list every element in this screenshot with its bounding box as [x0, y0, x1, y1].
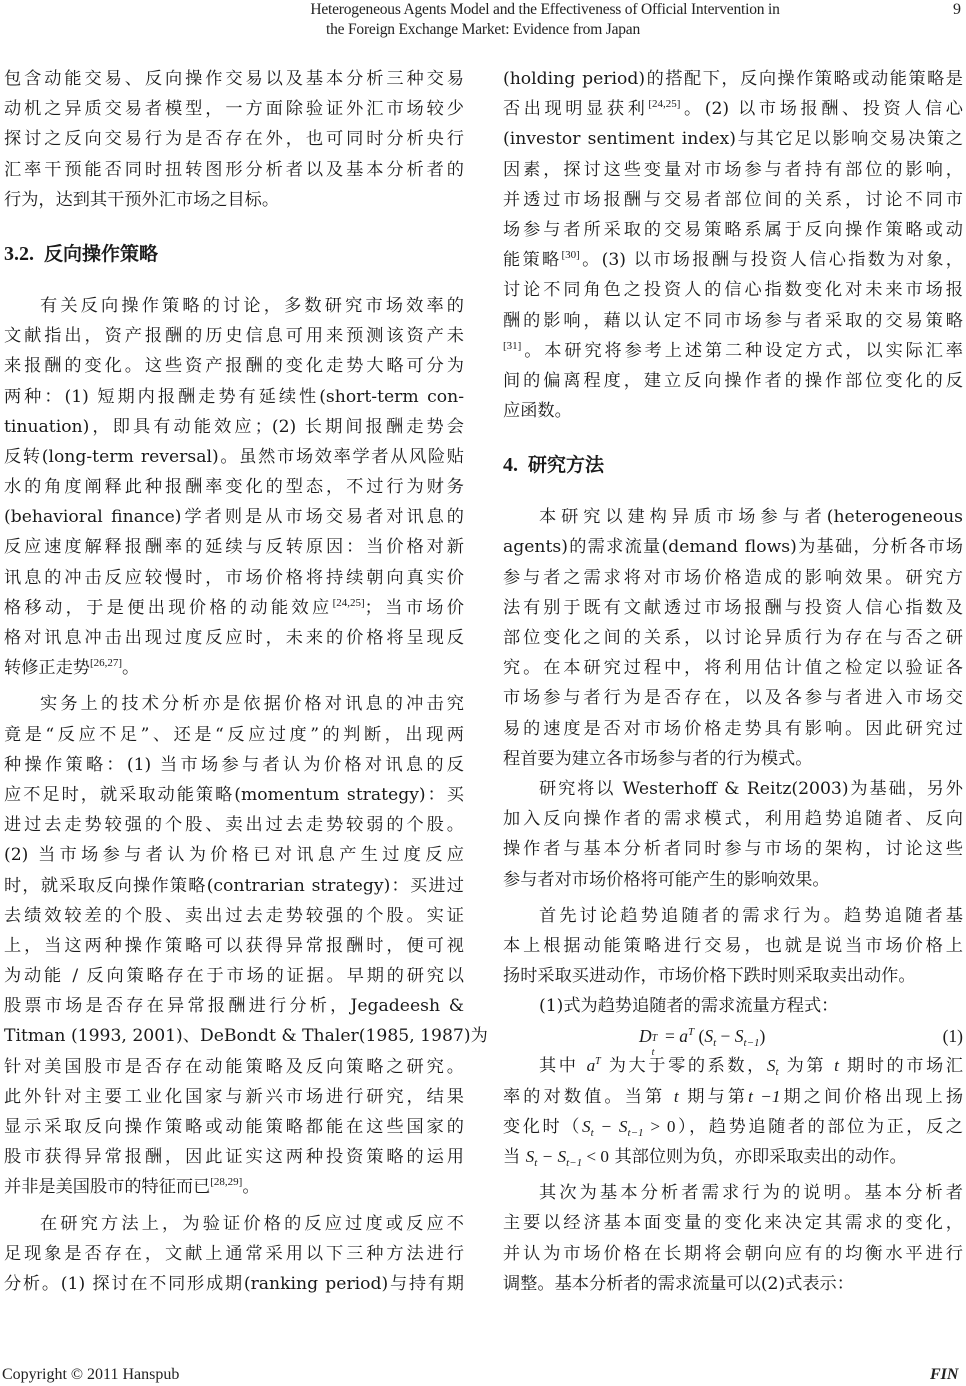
text-line: 反应速度解释报酬率的延续与反转原因：当价格对新 — [4, 532, 464, 562]
text-line: 间的偏离程度，建立反向操作者的操作部位变化的反 — [503, 366, 963, 396]
header-title-line2: the Foreign Exchange Market: Evidence fr… — [0, 20, 966, 40]
paragraph-methods-intro: 在研究方法上，为验证价格的反应过度或反应不 足现象是否存在，文献上通常采用以下三… — [4, 1209, 464, 1300]
paragraph-research-method: 本研究以建构异质市场参与者(heterogeneous agents)的需求流量… — [503, 502, 963, 774]
text-line: 法有别于既有文献透过市场报酬与投资人信心指数及 — [503, 593, 963, 623]
text-line: 市场参与者行为是否存在，以及各参与者进入市场交 — [503, 683, 963, 713]
text-line: 上，当这两种操作策略可以获得异常报酬时，便可视 — [4, 931, 464, 961]
text-line: 水的角度阐释此种报酬率变化的型态，不过行为财务 — [4, 472, 464, 502]
text-line: 当 St − St−1 < 0 其部位则为负，亦即采取卖出的动作。 — [503, 1142, 963, 1172]
footer-copyright: Copyright © 2011 Hanspub — [2, 1366, 179, 1384]
text-line: 去绩效较差的个股、卖出过去走势较强的个股。实证 — [4, 901, 464, 931]
citation-ref[interactable]: [24,25] — [333, 597, 365, 609]
text-segment: 。(3) 以市场报酬与投资人信心指数为对象， — [580, 250, 963, 270]
section-heading-4: 4.研究方法 — [503, 450, 963, 480]
text-line: 转修正走势[26,27]。 — [4, 653, 464, 683]
text-line: 时，就采取反向操作策略(contrarian strategy)：买进过 — [4, 871, 464, 901]
section-title: 反向操作策略 — [44, 243, 158, 265]
intro-paragraph: 包含动能交易、反向操作交易以及基本分析三种交易 动机之异质交易者模型，一方面除验… — [4, 64, 464, 215]
paragraph-contrarian-2: 实务上的技术分析亦是依据价格对讯息的冲击究 竟是“反应不足”、还是“反应过度”的… — [4, 689, 464, 1202]
text-line: 在研究方法上，为验证价格的反应过度或反应不 — [4, 1209, 464, 1239]
text-line: (investor sentiment index)与其它足以影响交易决策之 — [503, 124, 963, 154]
text-line: 调整。基本分析者的需求流量可以(2)式表示： — [503, 1269, 963, 1299]
text-line: agents)的需求流量(demand flows)为基础，分析各市场 — [503, 532, 963, 562]
text-line: 究。在本研究过程中，将利用估计值之检定以验证各 — [503, 653, 963, 683]
text-line: 行为，达到其干预外汇市场之目标。 — [4, 185, 464, 215]
text-line: 分析。(1) 探讨在不同形成期(ranking period)与持有期 — [4, 1269, 464, 1299]
text-line: 研究将以 Westerhoff & Reitz(2003)为基础，另外 — [503, 774, 963, 804]
text-line: 格对讯息冲击出现过度反应时，未来的价格将呈现反 — [4, 623, 464, 653]
equation-expression: DTt = aT (St − St−1) — [639, 1021, 765, 1051]
text-line: 扬时采取买进动作，市场价格下跌时则采取卖出动作。 — [503, 961, 963, 991]
section-number: 4. — [503, 454, 518, 476]
right-column: (holding period)的搭配下，反向操作策略或动能策略是 否出现明显获… — [503, 64, 963, 1299]
text-segment: 能策略 — [503, 250, 562, 270]
text-line: 否出现明显获利[24,25]。(2) 以市场报酬、投资人信心 — [503, 94, 963, 124]
text-line: 竟是“反应不足”、还是“反应过度”的判断，出现两 — [4, 720, 464, 750]
text-line: 程首要为建立各市场参与者的行为模式。 — [503, 744, 963, 774]
text-line: 本上根据动能策略进行交易，也就是说当市场价格上 — [503, 931, 963, 961]
text-line: 能策略[30]。(3) 以市场报酬与投资人信心指数为对象， — [503, 245, 963, 275]
text-line: Titman (1993, 2001)、DeBondt & Thaler(198… — [4, 1021, 464, 1051]
text-line: 反转(long-term reversal)。虽然市场效率学者从风险贴 — [4, 442, 464, 472]
text-line: 文献指出，资产报酬的历史信息可用来预测该资产未 — [4, 321, 464, 351]
text-line: 汇率干预能否同时扭转图形分析者以及基本分析者的 — [4, 155, 464, 185]
text-line: 主要以经济基本面变量的变化来决定其需求的变化， — [503, 1208, 963, 1238]
text-segment: 否出现明显获利 — [503, 99, 648, 119]
text-line: 酬的影响，藉以认定不同市场参与者采取的交易策略 — [503, 306, 963, 336]
paragraph-westerhoff: 研究将以 Westerhoff & Reitz(2003)为基础，另外 加入反向… — [503, 774, 963, 895]
text-line: 并非是美国股市的特征而已[28,29]。 — [4, 1172, 464, 1202]
text-segment: 转修正走势 — [4, 658, 90, 678]
text-line: 首先讨论趋势追随者的需求行为。趋势追随者基 — [503, 901, 963, 931]
text-line: 足现象是否存在，文献上通常采用以下三种方法进行 — [4, 1239, 464, 1269]
text-line: 包含动能交易、反向操作交易以及基本分析三种交易 — [4, 64, 464, 94]
text-segment: ；当市场价 — [365, 598, 464, 618]
text-line: 场参与者所采取的交易策略系属于反向操作策略或动 — [503, 215, 963, 245]
section-heading-3-2: 3.2.反向操作策略 — [4, 239, 464, 269]
text-segment: 。(2) 以市场报酬、投资人信心 — [680, 99, 963, 119]
text-line: 为动能 / 反向策略存在于市场的证据。早期的研究以 — [4, 961, 464, 991]
text-line: 针对美国股市是否存在动能策略及反向策略之研究。 — [4, 1052, 464, 1082]
text-line: (2) 当市场参与者认为价格已对讯息产生过度反应 — [4, 840, 464, 870]
text-line: 实务上的技术分析亦是依据价格对讯息的冲击究 — [4, 689, 464, 719]
running-header: Heterogeneous Agents Model and the Effec… — [0, 0, 966, 44]
text-line: 此外针对主要工业化国家与新兴市场进行研究，结果 — [4, 1082, 464, 1112]
citation-ref[interactable]: [31] — [503, 340, 521, 352]
equation-1: DTt = aT (St − St−1) (1) — [503, 1021, 963, 1051]
text-line: 种操作策略：(1) 当市场参与者认为价格对讯息的反 — [4, 750, 464, 780]
text-line: 格移动，于是便出现价格的动能效应[24,25]；当市场价 — [4, 593, 464, 623]
text-line: 应函数。 — [503, 396, 963, 426]
text-line: 讨论不同角色之投资人的信心指数变化对未来市场报 — [503, 275, 963, 305]
text-line: (behavioral finance)学者则是从市场交易者对讯息的 — [4, 502, 464, 532]
header-title-line1: Heterogeneous Agents Model and the Effec… — [0, 0, 966, 20]
text-line: 来报酬的变化。这些资产报酬的变化走势大略可分为 — [4, 351, 464, 381]
paragraph-fundamentalists: 其次为基本分析者需求行为的说明。基本分析者 主要以经济基本面变量的变化来决定其需… — [503, 1178, 963, 1299]
paragraph-trend-explanation: 其中 aT 为大于零的系数，St 为第 t 期时的市场汇 率的对数值。当第 t … — [503, 1051, 963, 1172]
paragraph-trend-followers: 首先讨论趋势追随者的需求行为。趋势追随者基 本上根据动能策略进行交易，也就是说当… — [503, 901, 963, 992]
text-segment: 。本研究将参考上述第二种设定方式，以实际汇率 — [521, 341, 963, 361]
text-line: [31]。本研究将参考上述第二种设定方式，以实际汇率 — [503, 336, 963, 366]
text-segment: 格移动，于是便出现价格的动能效应 — [4, 598, 333, 618]
text-line: 股市获得异常报酬，因此证实这两种投资策略的运用 — [4, 1142, 464, 1172]
text-line: 有关反向操作策略的讨论，多数研究市场效率的 — [4, 291, 464, 321]
text-line: 讯息的冲击反应较慢时，市场价格将持续朝向真实价 — [4, 563, 464, 593]
text-line: 两种：(1) 短期内报酬走势有延续性(short-term con- — [4, 382, 464, 412]
text-line: 并认为市场价格在长期将会朝向应有的均衡水平进行 — [503, 1239, 963, 1269]
section-title: 研究方法 — [528, 454, 604, 476]
text-line: (holding period)的搭配下，反向操作策略或动能策略是 — [503, 64, 963, 94]
citation-ref[interactable]: [30] — [562, 249, 580, 261]
text-line: 部位变化之间的关系，以讨论异质行为存在与否之研 — [503, 623, 963, 653]
text-line: 应不足时，就采取动能策略(momentum strategy)：买 — [4, 780, 464, 810]
text-line: 进过去走势较强的个股、卖出过去走势较弱的个股。 — [4, 810, 464, 840]
text-line: 变化时（St − St−1 > 0），趋势追随者的部位为正，反之 — [503, 1112, 963, 1142]
text-line: 并透过市场报酬与交易者部位间的关系，讨论不同市 — [503, 185, 963, 215]
text-line: 操作者与基本分析者同时参与市场的架构，讨论这些 — [503, 834, 963, 864]
paragraph-equation-intro: (1)式为趋势追随者的需求流量方程式： — [503, 991, 963, 1021]
citation-ref[interactable]: [28,29] — [210, 1176, 242, 1188]
text-line: 率的对数值。当第 t 期与第t −1期之间价格出现上扬 — [503, 1082, 963, 1112]
citation-ref[interactable]: [26,27] — [90, 657, 122, 669]
text-segment: 并非是美国股市的特征而已 — [4, 1177, 210, 1197]
text-segment: 。 — [122, 658, 139, 678]
text-line: 其次为基本分析者需求行为的说明。基本分析者 — [503, 1178, 963, 1208]
text-line: 因素，探讨这些变量对市场参与者持有部位的影响， — [503, 155, 963, 185]
section-number: 3.2. — [4, 243, 34, 265]
text-line: 股票市场是否存在异常报酬进行分析，Jegadeesh & — [4, 991, 464, 1021]
paragraph-contrarian-1: 有关反向操作策略的讨论，多数研究市场效率的 文献指出，资产报酬的历史信息可用来预… — [4, 291, 464, 683]
text-line: 加入反向操作者的需求模式，利用趋势追随者、反向 — [503, 804, 963, 834]
text-line: (1)式为趋势追随者的需求流量方程式： — [503, 991, 963, 1021]
text-segment: 。 — [242, 1177, 259, 1197]
text-line: tinuation)，即具有动能效应；(2) 长期间报酬走势会 — [4, 412, 464, 442]
text-line: 动机之异质交易者模型，一方面除验证外汇市场较少 — [4, 94, 464, 124]
text-line: 探讨之反向交易行为是否存在外，也可同时分析央行 — [4, 124, 464, 154]
text-line: 显示采取反向操作策略或动能策略都能在这些国家的 — [4, 1112, 464, 1142]
left-column: 包含动能交易、反向操作交易以及基本分析三种交易 动机之异质交易者模型，一方面除验… — [4, 64, 464, 1299]
equation-number: (1) — [943, 1021, 963, 1051]
text-line: 其中 aT 为大于零的系数，St 为第 t 期时的市场汇 — [503, 1051, 963, 1081]
text-line: 参与者之需求将对市场价格造成的影响效果。研究方 — [503, 563, 963, 593]
paragraph-methods-continued: (holding period)的搭配下，反向操作策略或动能策略是 否出现明显获… — [503, 64, 963, 426]
footer-journal: FIN — [930, 1366, 958, 1384]
citation-ref[interactable]: [24,25] — [648, 98, 680, 110]
text-line: 参与者对市场价格将可能产生的影响效果。 — [503, 865, 963, 895]
page-number: 9 — [953, 0, 961, 20]
text-line: 易的速度是否对市场价格走势具有影响。因此研究过 — [503, 714, 963, 744]
text-line: 本研究以建构异质市场参与者(heterogeneous — [503, 502, 963, 532]
